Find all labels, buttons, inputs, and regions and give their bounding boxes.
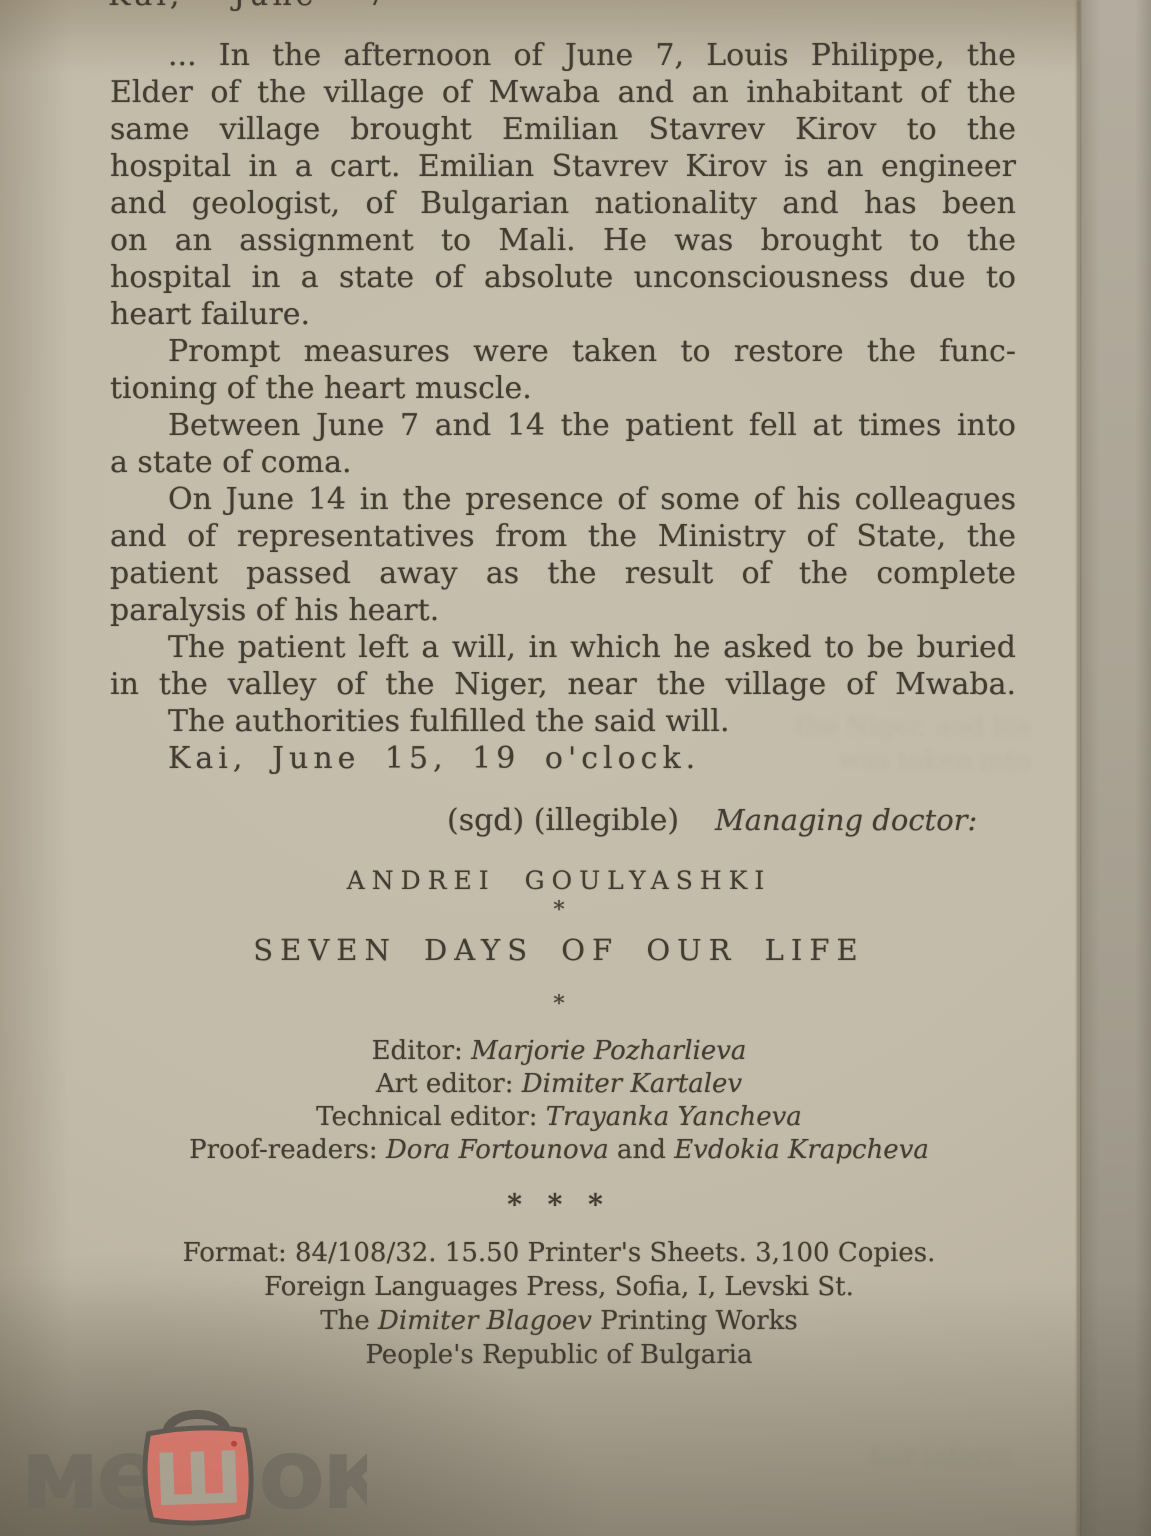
body-line: on an assignment to Mali. He was brought… [110, 222, 1016, 259]
body-line: The authorities fulfilled the said will. [110, 703, 1016, 740]
page-showthrough: fair inform [631, 1440, 1011, 1474]
adjacent-page-edge [1080, 0, 1151, 1536]
book-title: SEVEN DAYS OF OUR LIFE [85, 933, 1033, 967]
dateline: Kai, June 15, 19 o'clock. [110, 740, 1016, 777]
book-page-photo: Kai, June 7 ... In the afternoon of June… [0, 0, 1151, 1536]
star-separator: * [85, 992, 1033, 1017]
signature-role: Managing doctor: [715, 803, 977, 837]
star-separator: * [85, 898, 1033, 923]
body-line: Elder of the village of Mwaba and an inh… [110, 74, 1016, 111]
body-line: tioning of the heart muscle. [110, 370, 1016, 407]
body-text: ... In the afternoon of June 7, Louis Ph… [110, 37, 1016, 777]
body-line: patient passed away as the result of the… [110, 555, 1016, 592]
signature-sgd: (sgd) (illegible) [447, 803, 679, 838]
printing-works-line: The Dimiter Blagoev Printing Works [85, 1304, 1033, 1338]
body-line: hospital in a state of absolute unconsci… [110, 259, 1016, 296]
svg-text:ме: ме [22, 1418, 159, 1532]
clipped-top-line: Kai, June 7 [108, 0, 708, 13]
body-line: same village brought Emilian Stavrev Kir… [110, 111, 1016, 148]
body-line: a state of coma. [110, 444, 1016, 481]
proofreaders-row: Proof-readers: Dora Fortounova and Evdok… [85, 1134, 1033, 1167]
body-line: hospital in a cart. Emilian Stavrev Kiro… [110, 148, 1016, 185]
page-crease [1075, 0, 1082, 1536]
format-line: Format: 84/108/32. 15.50 Printer's Sheet… [85, 1236, 1033, 1270]
shopping-bag-icon: Ш [143, 1413, 253, 1525]
body-line: paralysis of his heart. [110, 592, 1016, 629]
meshok-watermark-logo: ме ок Ш [22, 1402, 367, 1536]
svg-text:ок: ок [258, 1418, 367, 1532]
credits-block: Editor: Marjorie Pozharlieva Art editor:… [85, 1035, 1033, 1167]
body-line: and of representatives from the Ministry… [110, 518, 1016, 555]
body-line: heart failure. [110, 296, 1016, 333]
author-name: ANDREI GOULYASHKI [85, 866, 1033, 895]
credit-row: Art editor: Dimiter Kartalev [85, 1068, 1033, 1101]
country-line: People's Republic of Bulgaria [85, 1338, 1033, 1372]
body-line: in the valley of the Niger, near the vil… [110, 666, 1016, 703]
body-line: The patient left a will, in which he ask… [110, 629, 1016, 666]
body-line: and geologist, of Bulgarian nationality … [110, 185, 1016, 222]
credit-row: Editor: Marjorie Pozharlieva [85, 1035, 1033, 1068]
signature-row: (sgd) (illegible) Managing doctor: [447, 803, 977, 838]
body-line: Between June 7 and 14 the patient fell a… [110, 407, 1016, 444]
body-line: On June 14 in the presence of some of hi… [110, 481, 1016, 518]
press-line: Foreign Languages Press, Sofia, I, Levsk… [85, 1270, 1033, 1304]
stars-separator: * * * [85, 1188, 1033, 1221]
credit-row: Technical editor: Trayanka Yancheva [85, 1101, 1033, 1134]
body-line: Prompt measures were taken to restore th… [110, 333, 1016, 370]
imprint-block: Format: 84/108/32. 15.50 Printer's Sheet… [85, 1236, 1033, 1372]
svg-text:Ш: Ш [152, 1435, 244, 1522]
body-line: ... In the afternoon of June 7, Louis Ph… [110, 37, 1016, 74]
